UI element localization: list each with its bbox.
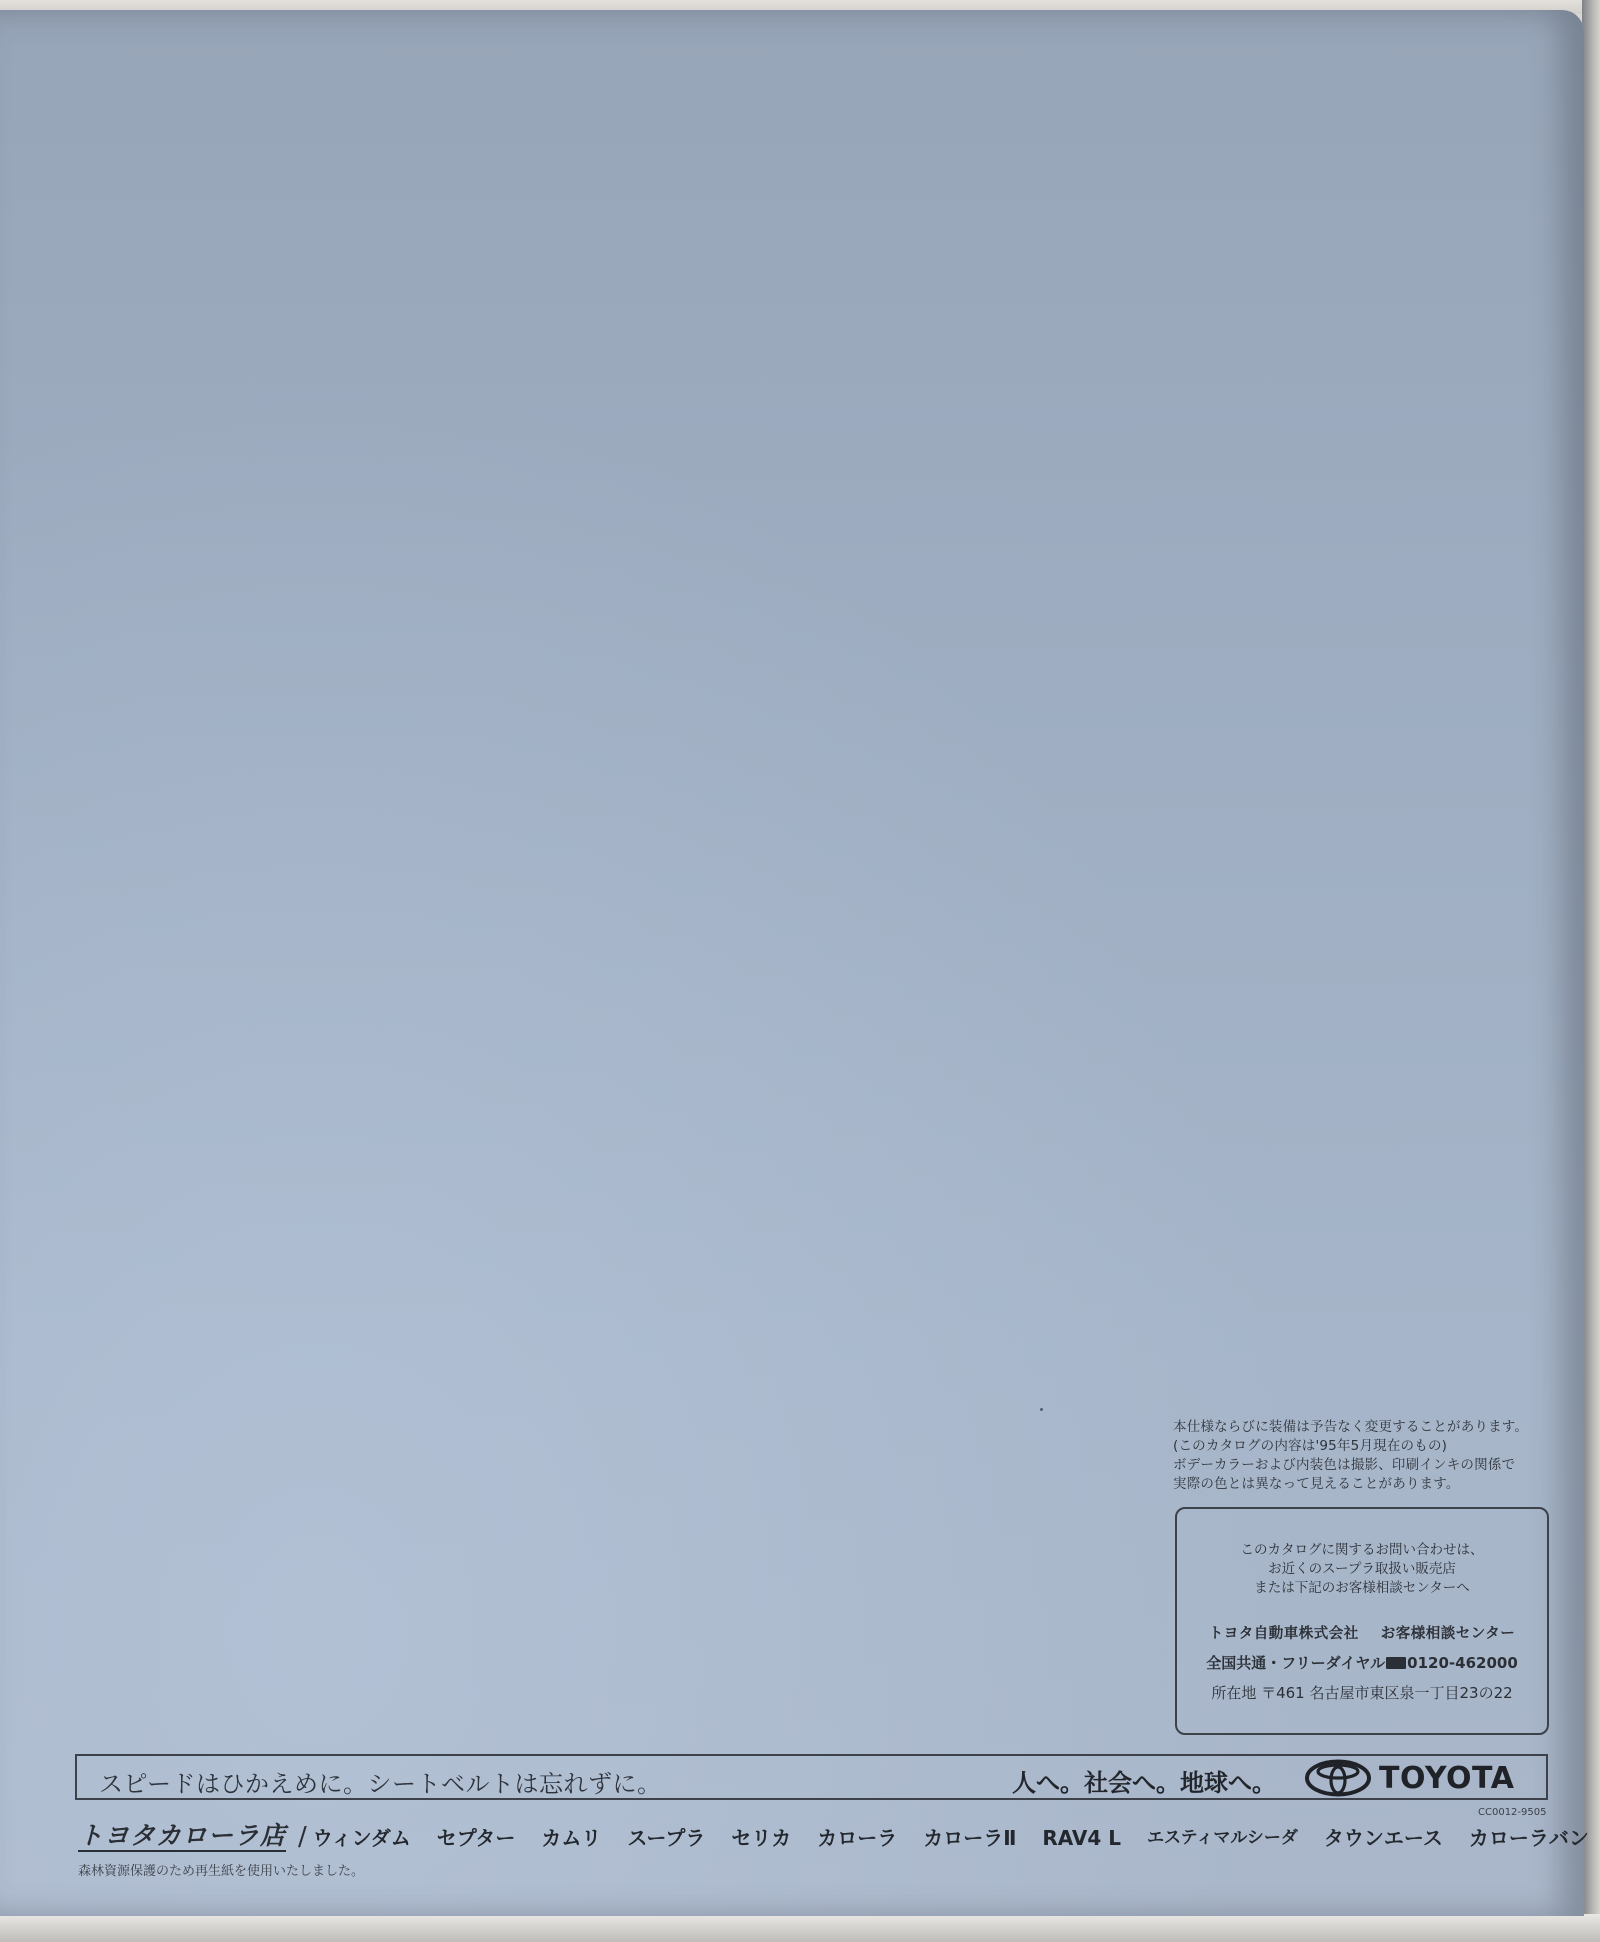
contact-intro-line: お近くのスープラ取扱い販売店 — [1177, 1560, 1547, 1579]
contact-company-line: トヨタ自動車株式会社お客様相談センター — [1177, 1622, 1547, 1643]
paper-speck — [1040, 1408, 1043, 1411]
customer-center-name: お客様相談センター — [1381, 1626, 1515, 1642]
catalog-code: CC0012-9505 — [1478, 1807, 1546, 1818]
model-name: カローラバン — [1469, 1824, 1589, 1852]
customer-center-box: このカタログに関するお問い合わせは、 お近くのスープラ取扱い販売店 または下記の… — [1175, 1507, 1549, 1735]
contact-address: 所在地 〒461 名古屋市東区泉一丁目23の22 — [1177, 1682, 1547, 1703]
disclaimer-line: 本仕様ならびに装備は予告なく変更することがあります。 — [1173, 1418, 1573, 1437]
model-name: カムリ — [541, 1824, 601, 1852]
safety-slogan: スピードはひかえめに。シートベルトは忘れずに。 — [99, 1764, 662, 1799]
table-surface-right — [1582, 0, 1600, 1942]
model-name: ウィンダム — [313, 1824, 411, 1852]
contact-intro-line: このカタログに関するお問い合わせは、 — [1177, 1541, 1547, 1560]
corporate-slogan: 人へ。社会へ。地球へ。 — [1012, 1763, 1276, 1798]
phone-number: 0120-462000 — [1407, 1654, 1518, 1672]
company-name: トヨタ自動車株式会社 — [1209, 1626, 1359, 1642]
disclaimer-line: ボデーカラーおよび内装色は撮影、印刷インキの関係で — [1173, 1456, 1573, 1475]
model-name: タウンエース — [1324, 1824, 1443, 1852]
catalog-back-cover: 本仕様ならびに装備は予告なく変更することがあります。 (このカタログの内容は'9… — [0, 10, 1584, 1916]
phone-label: 全国共通・フリーダイヤル — [1206, 1654, 1385, 1672]
disclaimer-line: 実際の色とは異なって見えることがあります。 — [1173, 1475, 1573, 1494]
spec-disclaimer: 本仕様ならびに装備は予告なく変更することがあります。 (このカタログの内容は'9… — [1173, 1418, 1573, 1494]
toyota-wordmark: TOYOTA — [1379, 1761, 1514, 1796]
model-name: カローラⅡ — [923, 1824, 1016, 1852]
model-name: スープラ — [627, 1824, 705, 1852]
recycled-paper-note: 森林資源保護のため再生紙を使用いたしました。 — [78, 1860, 364, 1879]
dealer-separator: / — [298, 1822, 307, 1852]
model-name: RAV4 L — [1042, 1824, 1121, 1852]
table-surface-bottom — [0, 1914, 1600, 1942]
dealer-logo: トヨタカローラ店 — [78, 1822, 286, 1852]
contact-phone-line: 全国共通・フリーダイヤル0120-462000 — [1177, 1652, 1547, 1673]
freedial-icon — [1386, 1657, 1406, 1669]
slogan-banner: スピードはひかえめに。シートベルトは忘れずに。 人へ。社会へ。地球へ。 TOYO… — [75, 1754, 1548, 1800]
model-name: セリカ — [731, 1824, 791, 1852]
dealer-model-list: トヨタカローラ店/ウィンダムセプターカムリスープラセリカカローラカローラⅡRAV… — [78, 1822, 1558, 1852]
model-name: セプター — [437, 1824, 516, 1852]
disclaimer-line: (このカタログの内容は'95年5月現在のもの) — [1173, 1437, 1573, 1456]
model-name: カローラ — [817, 1824, 897, 1852]
model-name: エスティマルシーダ — [1147, 1824, 1298, 1852]
contact-intro: このカタログに関するお問い合わせは、 お近くのスープラ取扱い販売店 または下記の… — [1177, 1541, 1547, 1598]
contact-intro-line: または下記のお客様相談センターへ — [1177, 1579, 1547, 1598]
toyota-emblem-icon — [1304, 1759, 1372, 1797]
